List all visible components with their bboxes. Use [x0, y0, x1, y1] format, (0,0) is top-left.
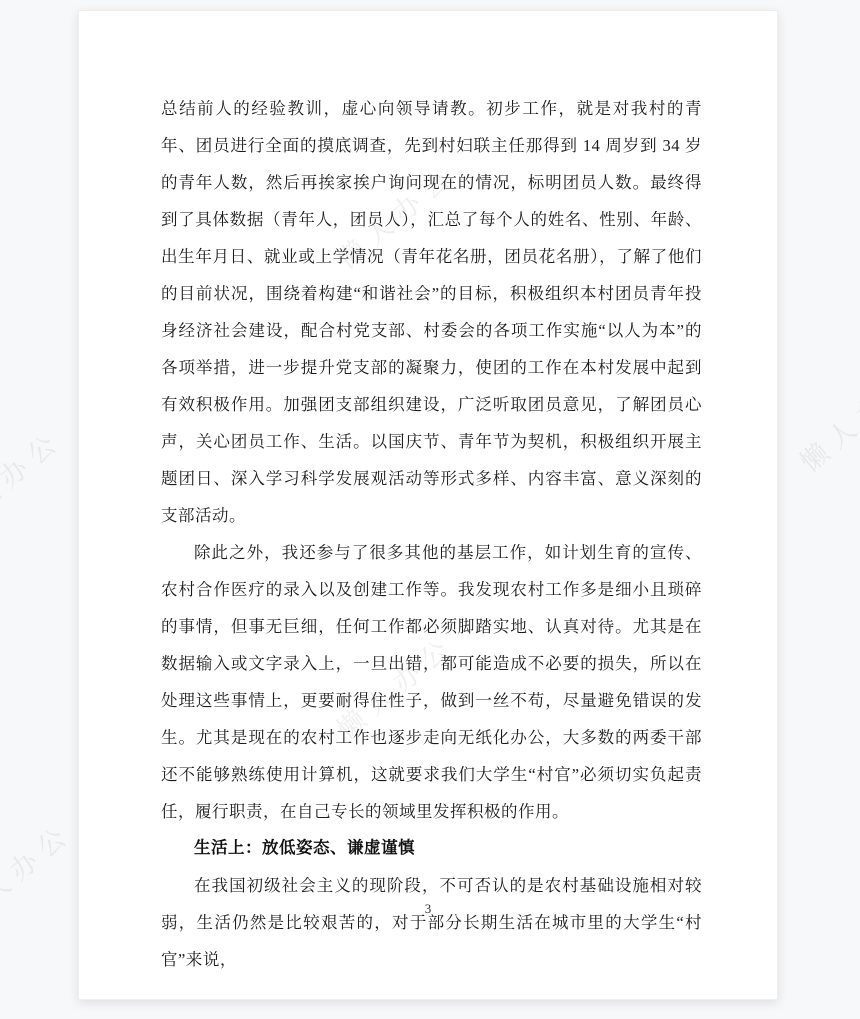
paragraph: 总结前人的经验教训，虚心向领导请教。初步工作，就是对我村的青年、团员进行全面的摸…	[161, 90, 702, 534]
document-viewer: 总结前人的经验教训，虚心向领导请教。初步工作，就是对我村的青年、团员进行全面的摸…	[0, 0, 860, 1019]
document-content: 总结前人的经验教训，虚心向领导请教。初步工作，就是对我村的青年、团员进行全面的摸…	[79, 90, 777, 978]
page-number: 3	[79, 894, 777, 924]
document-page: 总结前人的经验教训，虚心向领导请教。初步工作，就是对我村的青年、团员进行全面的摸…	[78, 10, 778, 1000]
section-heading: 生活上：放低姿态、谦虚谨慎	[161, 830, 702, 867]
watermark-text: 懒人办公	[0, 419, 70, 541]
watermark-text: 懒人办公	[0, 812, 80, 934]
watermark-text: 懒人办公	[790, 357, 860, 479]
paragraph: 除此之外，我还参与了很多其他的基层工作，如计划生育的宣传、农村合作医疗的录入以及…	[161, 534, 702, 830]
